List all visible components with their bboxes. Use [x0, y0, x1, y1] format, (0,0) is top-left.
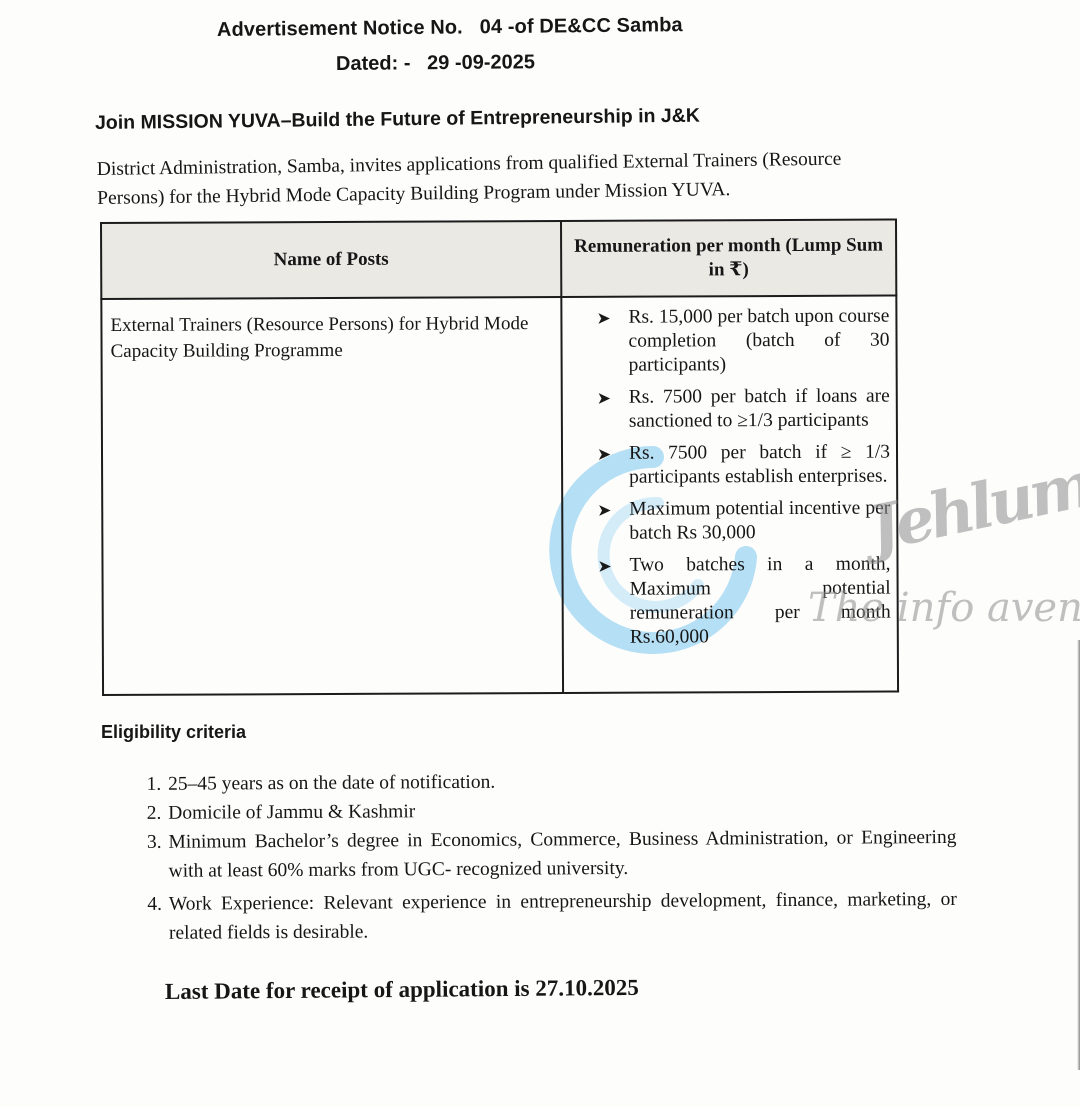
remuneration-list: ➤ Rs. 15,000 per batch upon course compl…	[592, 305, 890, 650]
arrow-bullet-icon: ➤	[597, 555, 611, 579]
remuneration-item: ➤ Two batches in a month, Maximum potent…	[593, 553, 890, 650]
table-header-row: Name of Posts Remuneration per month (Lu…	[101, 220, 896, 299]
remuneration-cell: ➤ Rs. 15,000 per batch upon course compl…	[561, 296, 898, 693]
remuneration-item: ➤ Rs. 7500 per batch if ≥ 1/3 participan…	[593, 441, 890, 490]
last-date-notice: Last Date for receipt of application is …	[165, 975, 639, 1005]
arrow-bullet-icon: ➤	[597, 443, 611, 467]
eligibility-item: Minimum Bachelor’s degree in Economics, …	[166, 823, 956, 886]
remuneration-item: ➤ Rs. 7500 per batch if loans are sancti…	[593, 385, 890, 434]
intro-paragraph: District Administration, Samba, invites …	[97, 143, 938, 213]
arrow-bullet-icon: ➤	[597, 499, 611, 523]
table-row: External Trainers (Resource Persons) for…	[101, 296, 898, 695]
eligibility-item: Work Experience: Relevant experience in …	[167, 885, 957, 948]
notice-date: Dated: - 29 -09-2025	[336, 51, 535, 76]
header-remuneration: Remuneration per month (Lump Sum in ₹)	[561, 220, 896, 297]
notice-title: Advertisement Notice No. 04 -of DE&CC Sa…	[217, 14, 683, 42]
post-name-cell: External Trainers (Resource Persons) for…	[101, 297, 563, 695]
posts-table-container: Name of Posts Remuneration per month (Lu…	[100, 218, 908, 696]
headline: Join MISSION YUVA–Build the Future of En…	[95, 105, 700, 135]
remuneration-item: ➤ Maximum potential incentive per batch …	[593, 497, 890, 546]
eligibility-heading: Eligibility criteria	[101, 722, 246, 743]
posts-table: Name of Posts Remuneration per month (Lu…	[100, 219, 899, 696]
arrow-bullet-icon: ➤	[597, 387, 611, 411]
header-name-of-posts: Name of Posts	[101, 221, 561, 299]
arrow-bullet-icon: ➤	[596, 307, 610, 331]
remuneration-item: ➤ Rs. 15,000 per batch upon course compl…	[592, 305, 889, 378]
eligibility-list: 25–45 years as on the date of notificati…	[128, 765, 957, 948]
